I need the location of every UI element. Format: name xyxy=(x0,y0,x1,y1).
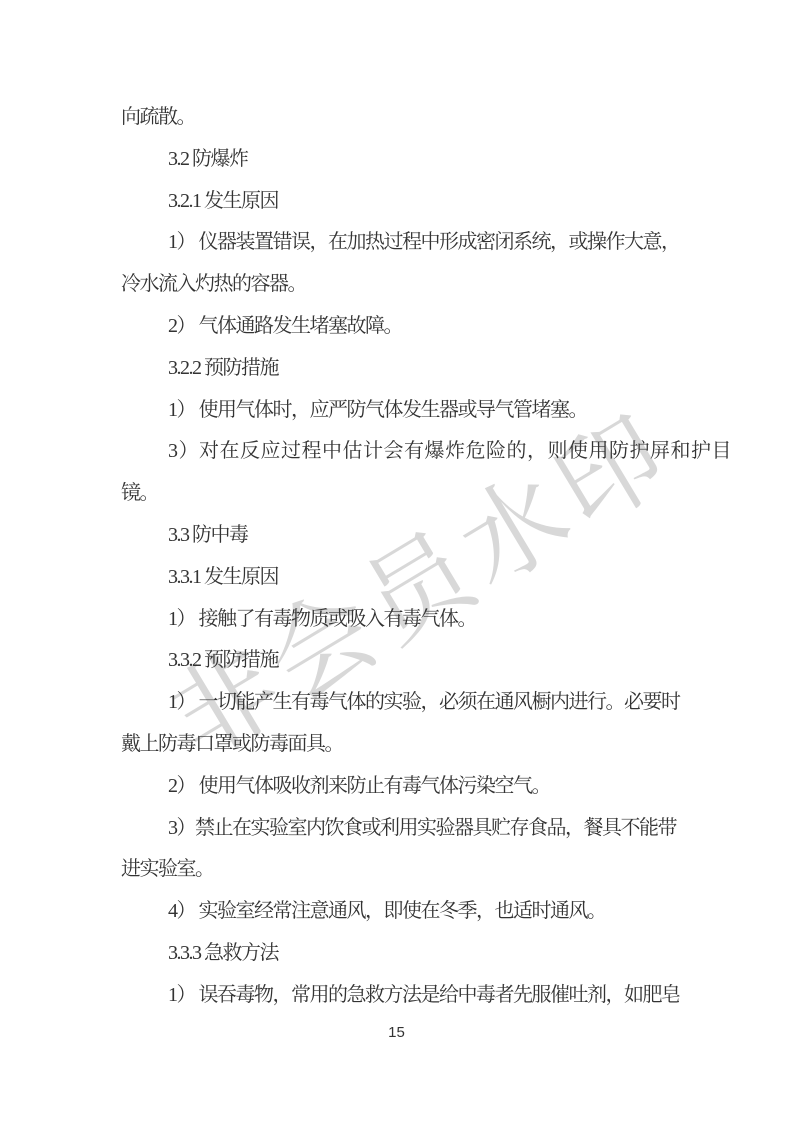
document-body: 向疏散。3.2 防爆炸3.2.1 发生原因1） 仪器装置错误，在加热过程中形成密… xyxy=(121,97,781,1017)
text-line: 3.2.1 发生原因 xyxy=(121,181,781,223)
text-line: 1） 使用气体时，应严防气体发生器或导气管堵塞。 xyxy=(121,390,781,432)
text-line: 1） 接触了有毒物质或吸入有毒气体。 xyxy=(121,599,781,641)
text-line: 2） 气体通路发生堵塞故障。 xyxy=(121,306,781,348)
text-line: 3.3.3 急救方法 xyxy=(121,933,781,975)
text-line: 3.3.2 预防措施 xyxy=(121,640,781,682)
text-line: 1） 误吞毒物，常用的急救方法是给中毒者先服催吐剂，如肥皂 xyxy=(121,975,781,1017)
text-line: 2） 使用气体吸收剂来防止有毒气体污染空气。 xyxy=(121,766,781,808)
text-line: 4） 实验室经常注意通风，即使在冬季，也适时通风。 xyxy=(121,891,781,933)
text-line: 镜。 xyxy=(121,473,781,515)
text-line: 1） 一切能产生有毒气体的实验，必须在通风橱内进行。必要时 xyxy=(121,682,781,724)
text-line: 3）对在反应过程中估计会有爆炸危险的，则使用防护屏和护目 xyxy=(121,431,781,473)
text-line: 冷水流入灼热的容器。 xyxy=(121,264,781,306)
text-line: 3.3.1 发生原因 xyxy=(121,557,781,599)
text-line: 向疏散。 xyxy=(121,97,781,139)
text-line: 3.2 防爆炸 xyxy=(121,139,781,181)
page-number-label: 15 xyxy=(0,1024,793,1041)
text-line: 3.2.2 预防措施 xyxy=(121,348,781,390)
document-page: 非会员水印 向疏散。3.2 防爆炸3.2.1 发生原因1） 仪器装置错误，在加热… xyxy=(0,0,793,1122)
text-line: 戴上防毒口罩或防毒面具。 xyxy=(121,724,781,766)
text-line: 3.3 防中毒 xyxy=(121,515,781,557)
text-line: 1） 仪器装置错误，在加热过程中形成密闭系统，或操作大意， xyxy=(121,222,781,264)
text-line: 进实验室。 xyxy=(121,849,781,891)
text-line: 3）禁止在实验室内饮食或利用实验器具贮存食品，餐具不能带 xyxy=(121,808,781,850)
